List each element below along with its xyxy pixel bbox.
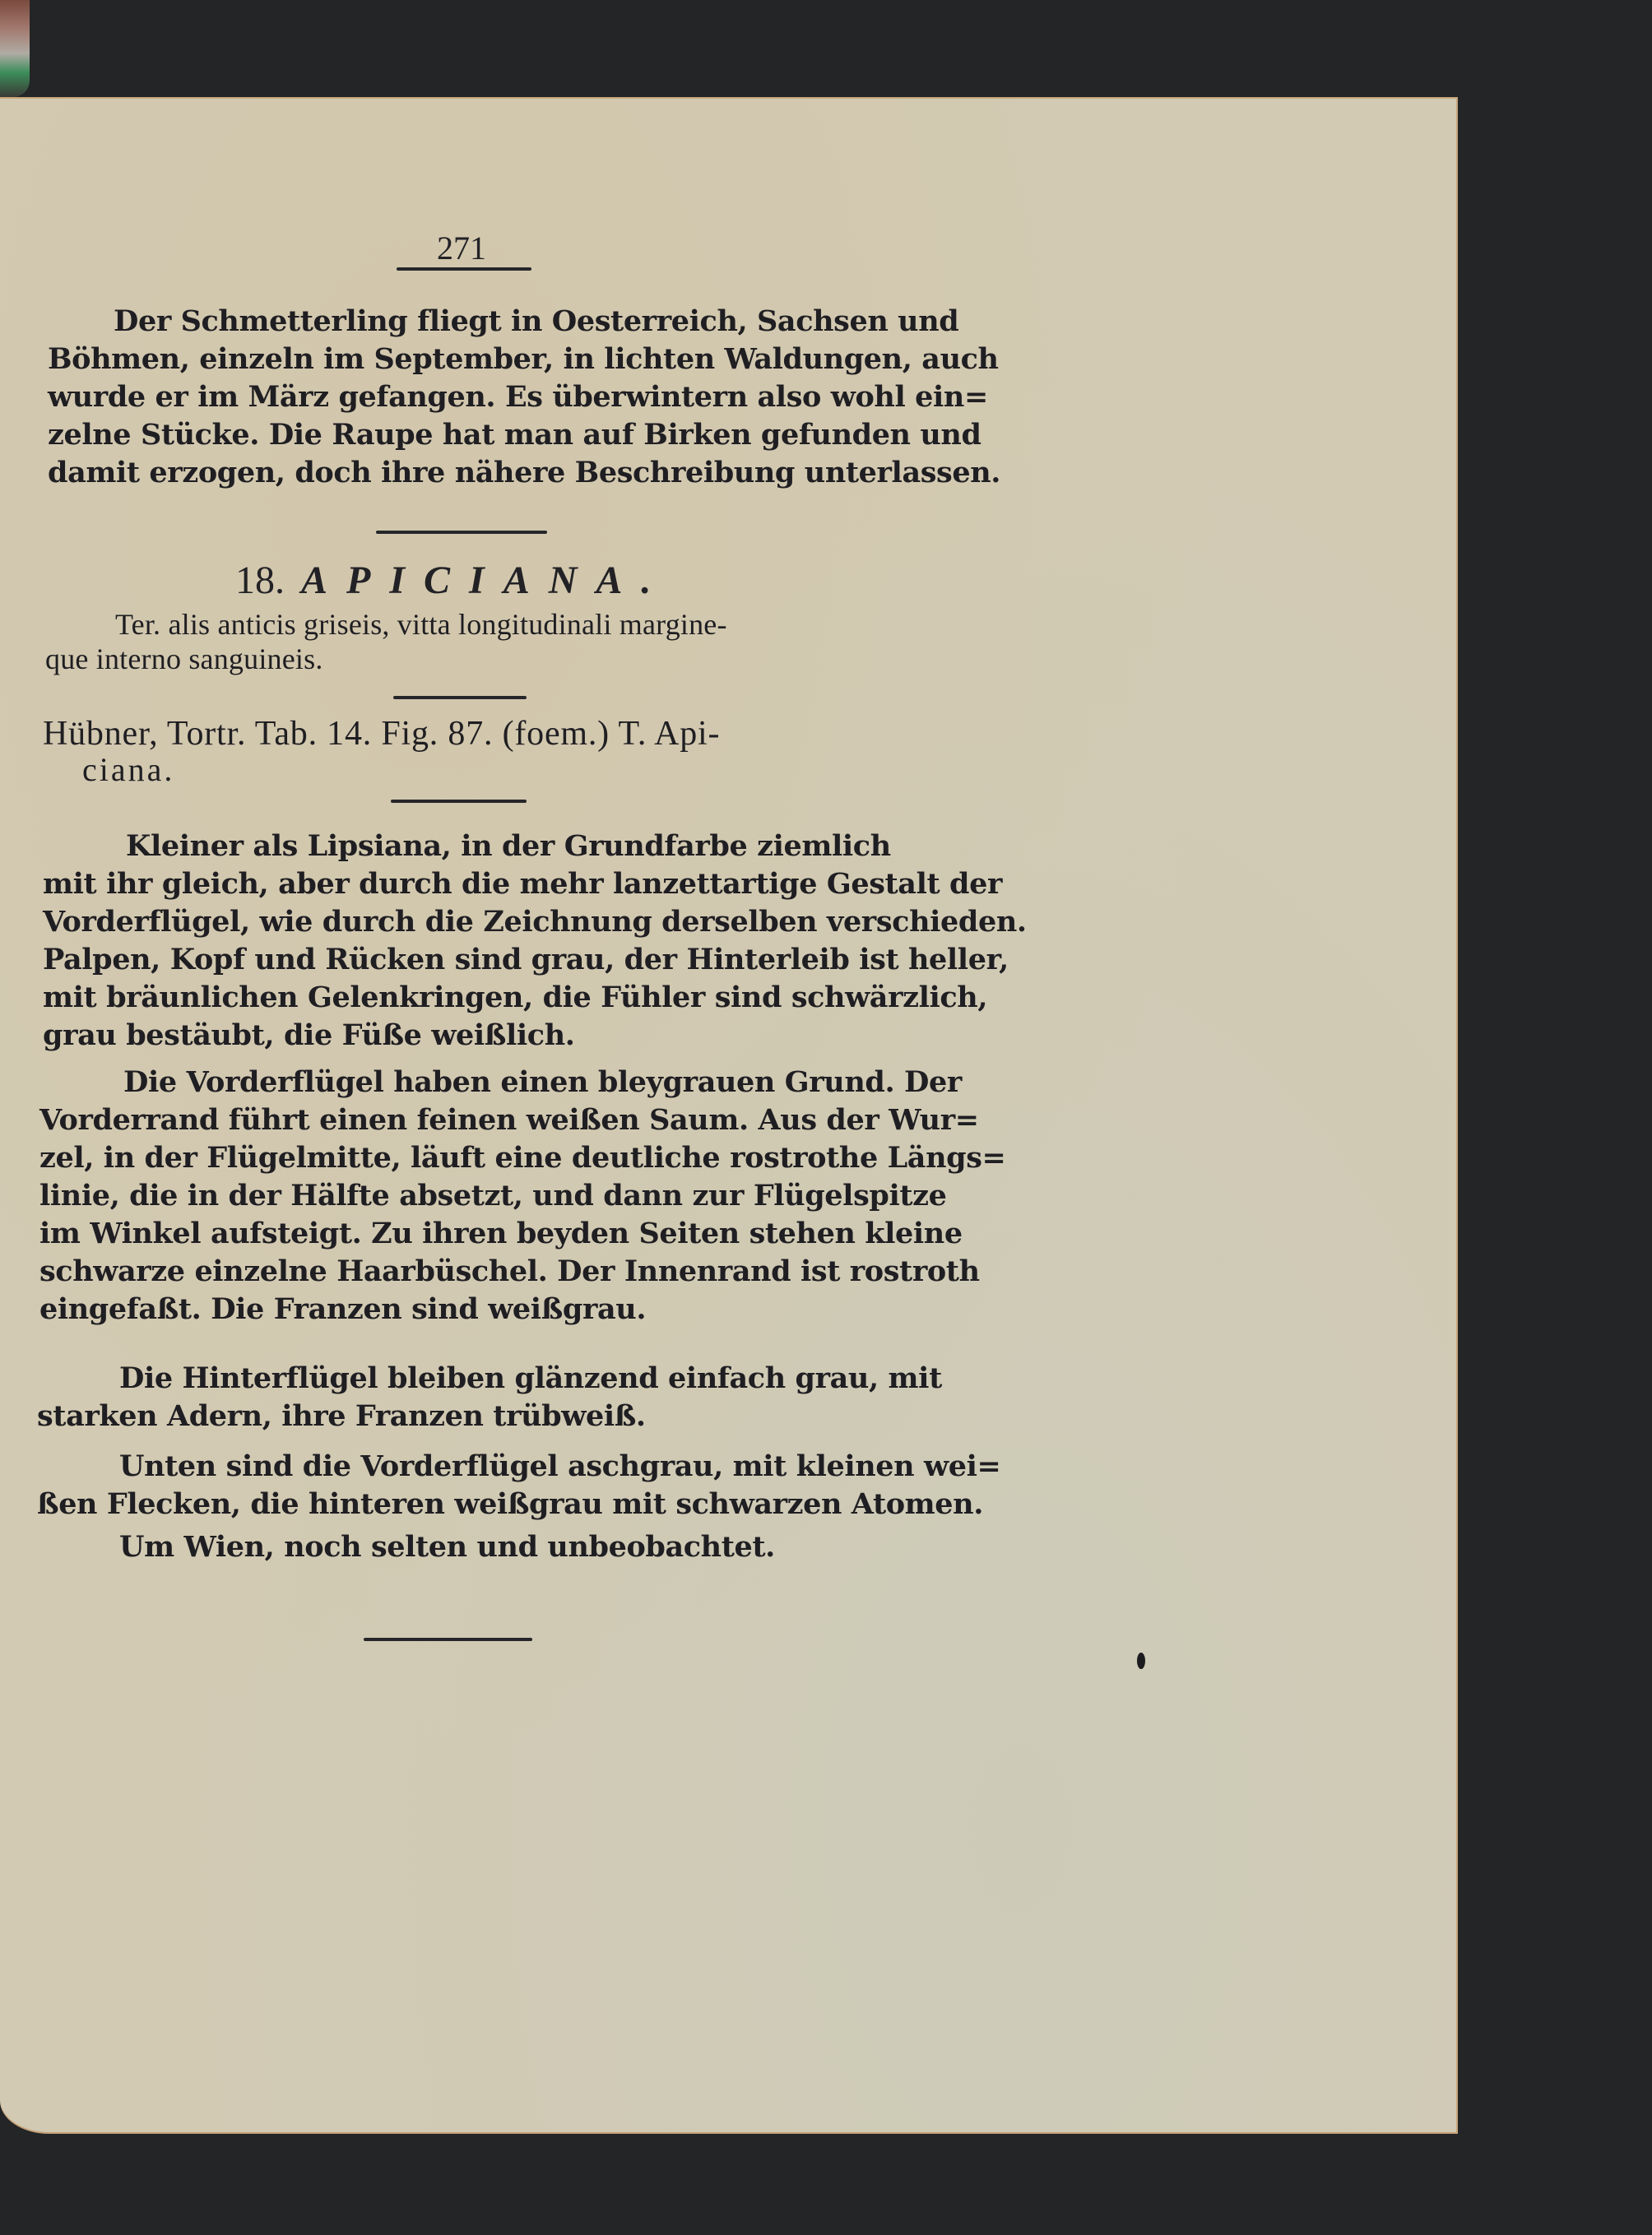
reference-rule [391,800,527,803]
text-line: im Winkel aufsteigt. Zu ihren beyden Sei… [39,1217,963,1250]
text-line: Vorderflügel, wie durch die Zeichnung de… [43,905,1027,939]
page-number: 271 [437,229,486,267]
text-line: Um Wien, noch selten und unbeobachtet. [119,1530,775,1564]
species-heading: 18.APICIANA. [235,558,670,603]
text-line: ciana. [82,750,174,789]
text-line: zelne Stücke. Die Raupe hat man auf Birk… [48,418,981,452]
text-line: mit bräunlichen Gelenkringen, die Fühler… [43,981,987,1014]
text-line: Hübner, Tortr. Tab. 14. Fig. 87. (foem.)… [43,714,720,754]
species-name: APICIANA. [301,559,670,602]
page-number-rule [397,267,531,271]
text-line: que interno sanguineis. [45,642,323,676]
text-line: Ter. alis anticis griseis, vitta longitu… [115,607,727,642]
section-rule [376,531,547,534]
text-line: Der Schmetterling fliegt in Oesterreich,… [114,304,880,338]
diagnosis-rule [393,696,527,699]
text-line: Die Vorderflügel haben einen bleygrauen … [123,1065,962,1099]
text-line: damit erzogen, doch ihre nähere Beschrei… [48,456,1000,489]
text-line: Böhmen, einzeln im September, in lichten… [48,342,999,376]
text-line: Palpen, Kopf und Rücken sind grau, der H… [43,943,1009,976]
text-line: mit ihr gleich, aber durch die mehr lanz… [43,867,1002,901]
text-line: Kleiner als Lipsiana, in der Grundfarbe … [126,829,891,863]
text-line: grau bestäubt, die Füße weißlich. [43,1018,575,1052]
ink-spot [1137,1653,1145,1669]
text-line: Die Hinterflügel bleiben glänzend einfac… [119,1361,942,1395]
text-line: Unten sind die Vorderflügel aschgrau, mi… [119,1449,1000,1483]
text-line: wurde er im März gefangen. Es überwinter… [48,380,988,414]
text-line: linie, die in der Hälfte absetzt, und da… [39,1179,946,1213]
text-line: eingefaßt. Die Franzen sind weißgrau. [39,1292,646,1326]
text-line: starken Adern, ihre Franzen trübweiß. [37,1399,646,1433]
text-line: Vorderrand führt einen feinen weißen Sau… [39,1103,979,1137]
text-line: ßen Flecken, die hinteren weißgrau mit s… [37,1487,983,1521]
book-binding-edge [0,0,30,97]
text-line: schwarze einzelne Haarbüschel. Der Innen… [39,1254,980,1288]
end-rule [364,1638,532,1641]
species-number: 18. [235,559,285,602]
text-line: zel, in der Flügelmitte, läuft eine deut… [39,1141,1005,1175]
